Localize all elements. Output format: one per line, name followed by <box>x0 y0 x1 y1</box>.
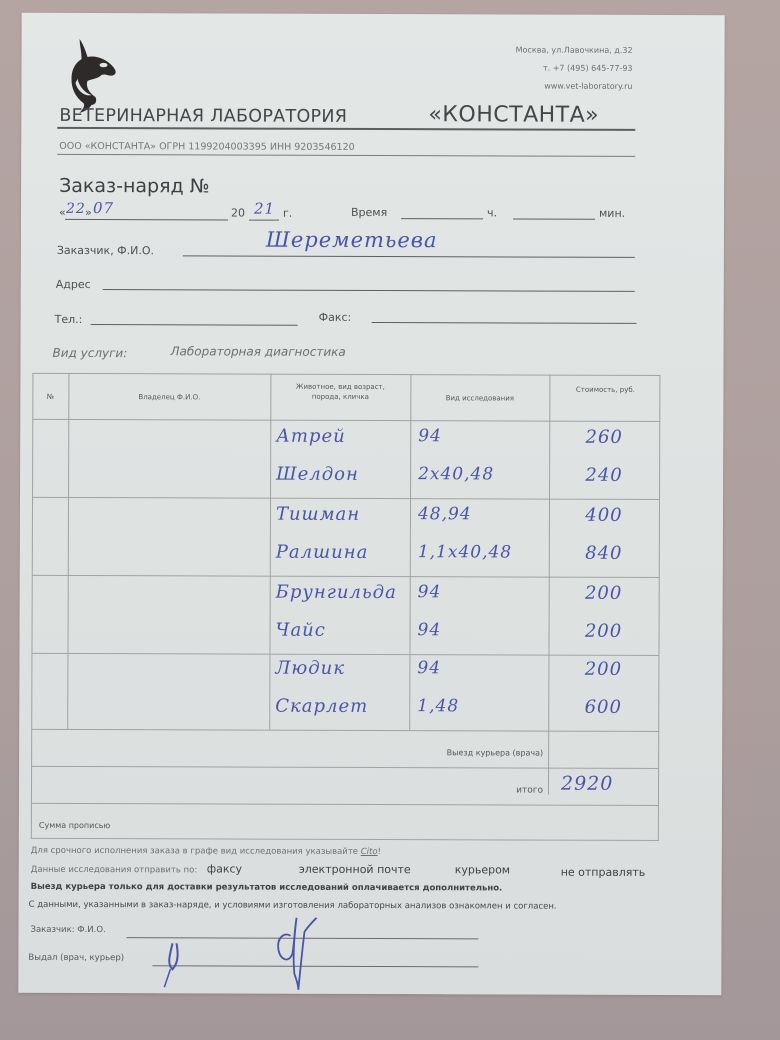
phone-text: т. +7 (495) 645-77-93 <box>516 60 633 78</box>
order-title: Заказ-наряд № <box>59 175 209 198</box>
phone-label: Тел.: <box>55 313 83 326</box>
hours-unit: ч. <box>487 206 497 219</box>
sum-in-words-label: Сумма прописью <box>39 821 239 832</box>
send-label: Данные исследования отправить по: <box>31 865 198 876</box>
registration-line: ООО «КОНСТАНТА» ОГРН 1199204003395 ИНН 9… <box>59 141 355 153</box>
phone-field[interactable] <box>91 324 298 326</box>
courier-note: Выезд курьера только для доставки резуль… <box>31 882 503 894</box>
contact-block: Москва, ул.Лавочкина, д.32 т. +7 (495) 6… <box>516 42 633 96</box>
column-header-cost: Стоимость, руб. <box>560 385 650 395</box>
orca-icon <box>61 35 121 115</box>
service-label: Вид услуги: <box>53 346 128 360</box>
cost-cell[interactable]: 260 <box>554 427 654 448</box>
hours-field[interactable] <box>401 218 483 219</box>
customer-sign-label: Заказчик: Ф.И.О. <box>30 925 105 935</box>
cost-cell[interactable]: 200 <box>553 659 653 680</box>
year-line <box>249 220 279 221</box>
study-code-cell[interactable]: 48,94 <box>418 504 546 524</box>
animal-name-cell[interactable]: Чайс <box>276 620 416 641</box>
year-prefix: 20 <box>231 207 245 220</box>
send-option-none[interactable]: не отправлять <box>561 866 646 879</box>
date-day-field[interactable]: 22 <box>66 201 86 217</box>
animal-name-cell[interactable]: Ралшина <box>276 542 416 563</box>
cost-cell[interactable]: 240 <box>554 465 654 486</box>
study-code-cell[interactable]: 1,48 <box>417 696 545 716</box>
time-label: Время <box>351 206 387 219</box>
study-code-cell[interactable]: 94 <box>418 620 546 640</box>
year-suffix-field[interactable]: 21 <box>254 200 275 218</box>
send-option-courier[interactable]: курьером <box>455 863 510 876</box>
send-option-email[interactable]: электронной почте <box>299 863 411 876</box>
date-line <box>65 219 228 221</box>
website-text: www.vet-laboratory.ru <box>516 78 633 96</box>
study-code-cell[interactable]: 94 <box>417 658 545 678</box>
send-option-fax[interactable]: факсу <box>207 862 242 875</box>
column-header-owner: Владелец Ф.И.О. <box>68 392 270 403</box>
fax-label: Факс: <box>319 311 352 324</box>
year-unit: г. <box>283 207 292 220</box>
cost-cell[interactable]: 400 <box>554 505 654 526</box>
animal-name-cell[interactable]: Шелдон <box>276 464 416 485</box>
courier-label: Выезд курьера (врача) <box>331 748 543 759</box>
animal-name-cell[interactable]: Людик <box>275 658 415 679</box>
lab-brand: «КОНСТАНТА» <box>428 102 599 128</box>
study-code-cell[interactable]: 94 <box>418 426 546 446</box>
address-label: Адрес <box>56 278 91 291</box>
date-month-field[interactable]: 07 <box>93 199 114 217</box>
animal-name-cell[interactable]: Атрей <box>276 426 416 447</box>
total-value: 2920 <box>561 773 613 795</box>
total-label: итого <box>331 785 543 796</box>
cost-cell[interactable]: 600 <box>553 697 653 718</box>
animal-name-cell[interactable]: Брунгильда <box>276 582 416 603</box>
study-code-cell[interactable]: 94 <box>418 582 546 602</box>
animal-name-cell[interactable]: Тишман <box>276 504 416 525</box>
minutes-field[interactable] <box>513 218 595 219</box>
study-code-cell[interactable]: 2x40,48 <box>418 464 546 484</box>
study-code-cell[interactable]: 1,1x40,48 <box>418 542 546 562</box>
signature-scribble <box>158 913 358 994</box>
address-field[interactable] <box>103 289 635 292</box>
order-form-sheet: Москва, ул.Лавочкина, д.32 т. +7 (495) 6… <box>18 13 724 995</box>
registration-rule <box>57 154 635 157</box>
customer-name-field[interactable]: Шереметьева <box>266 228 438 253</box>
lab-title: ВЕТЕРИНАРНАЯ ЛАБОРАТОРИЯ <box>59 106 347 127</box>
date-open-quote: « <box>59 206 66 219</box>
consent-note: С данными, указанными в заказ-наряде, и … <box>29 900 557 912</box>
cost-cell[interactable]: 200 <box>554 583 654 604</box>
minutes-unit: мин. <box>599 207 625 220</box>
fax-field[interactable] <box>372 322 637 324</box>
date-close-quote: » <box>85 206 92 219</box>
column-header-study: Вид исследования <box>410 393 549 403</box>
address-text: Москва, ул.Лавочкина, д.32 <box>516 42 633 60</box>
customer-label: Заказчик, Ф.И.О. <box>57 244 154 257</box>
order-table: № Владелец Ф.И.О. Животное, вид возраст,… <box>31 373 661 845</box>
cost-cell[interactable]: 200 <box>554 621 654 642</box>
urgent-note: Для срочного исполнения заказа в графе в… <box>31 846 381 857</box>
service-value: Лабораторная диагностика <box>171 344 346 359</box>
customer-line <box>183 255 635 258</box>
column-header-number: № <box>32 392 68 402</box>
cost-cell[interactable]: 840 <box>554 543 654 564</box>
animal-name-cell[interactable]: Скарлет <box>275 696 415 717</box>
column-header-animal: Животное, вид возраст, порода, кличка <box>280 382 400 402</box>
issued-by-label: Выдал (врач, курьер) <box>28 953 124 963</box>
